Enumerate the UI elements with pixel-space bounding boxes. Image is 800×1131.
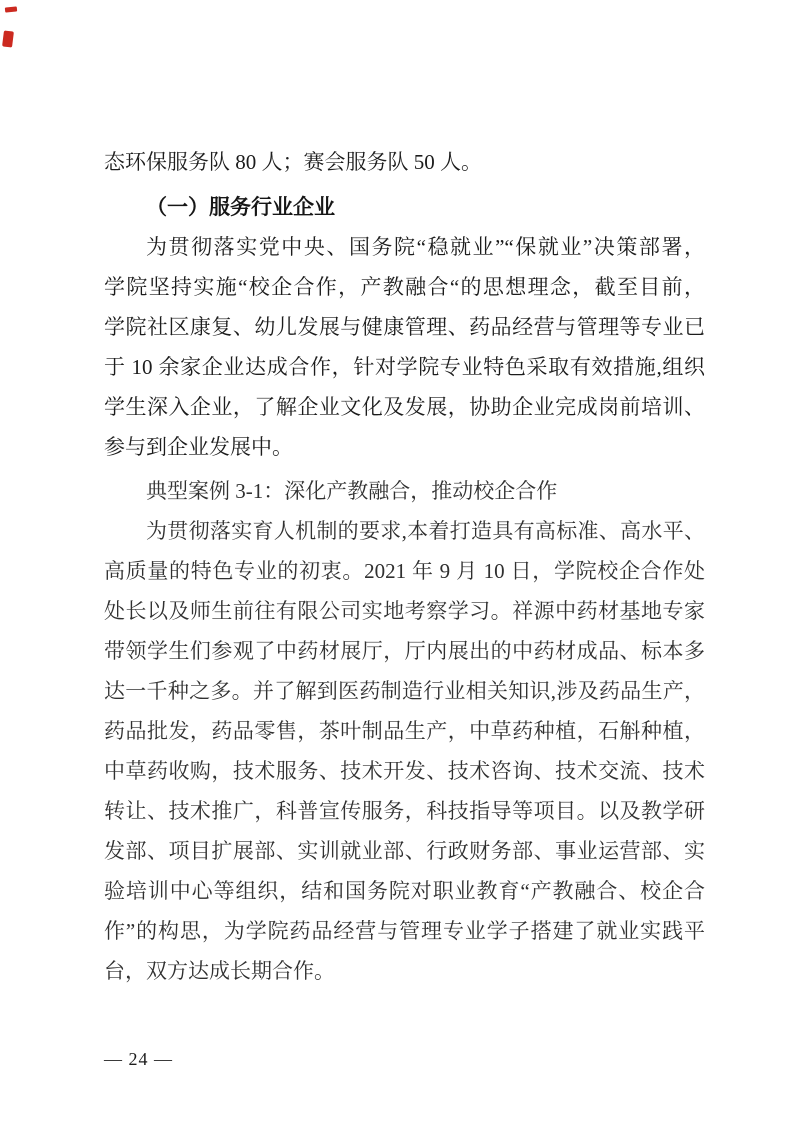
red-annotation-mark-icon xyxy=(5,6,17,12)
document-body: 态环保服务队 80 人；赛会服务队 50 人。（一）服务行业企业为贯彻落实党中央… xyxy=(104,142,705,991)
text-line: 高质量的特色专业的初衷。2021 年 9 月 10 日，学院校企合作处 xyxy=(104,551,705,591)
text-line: 中草药收购，技术服务、技术开发、技术咨询、技术交流、技术 xyxy=(104,751,705,791)
red-annotation-mark-icon xyxy=(2,30,14,47)
text-line: 学院坚持实施“校企合作，产教融合“的思想理念，截至目前， xyxy=(104,267,705,307)
text-line: （一）服务行业企业 xyxy=(104,187,705,227)
text-line: 为贯彻落实党中央、国务院“稳就业”“保就业”决策部署， xyxy=(104,227,705,267)
text-line: 学生深入企业，了解企业文化及发展，协助企业完成岗前培训、 xyxy=(104,387,705,427)
page-number: — 24 — xyxy=(104,1048,173,1070)
paragraph-heading: （一）服务行业企业 xyxy=(104,187,705,227)
text-line: 发部、项目扩展部、实训就业部、行政财务部、事业运营部、实 xyxy=(104,831,705,871)
text-line: 作”的构思，为学院药品经营与管理专业学子搭建了就业实践平 xyxy=(104,911,705,951)
paragraph-body: 为贯彻落实党中央、国务院“稳就业”“保就业”决策部署，学院坚持实施“校企合作，产… xyxy=(104,227,705,467)
text-line: 带领学生们参观了中药材展厅，厅内展出的中药材成品、标本多 xyxy=(104,631,705,671)
paragraph-case-body: 为贯彻落实育人机制的要求,本着打造具有高标准、高水平、高质量的特色专业的初衷。2… xyxy=(104,511,705,991)
text-line: 典型案例 3-1：深化产教融合，推动校企合作 xyxy=(104,471,705,511)
document-page: 态环保服务队 80 人；赛会服务队 50 人。（一）服务行业企业为贯彻落实党中央… xyxy=(0,0,800,1131)
text-line: 处长以及师生前往有限公司实地考察学习。祥源中药材基地专家 xyxy=(104,591,705,631)
paragraph-continuation: 态环保服务队 80 人；赛会服务队 50 人。 xyxy=(104,142,705,182)
text-line: 学院社区康复、幼儿发展与健康管理、药品经营与管理等专业已 xyxy=(104,307,705,347)
text-line: 转让、技术推广，科普宣传服务，科技指导等项目。以及教学研 xyxy=(104,791,705,831)
paragraph-case-heading: 典型案例 3-1：深化产教融合，推动校企合作 xyxy=(104,471,705,511)
text-line: 台，双方达成长期合作。 xyxy=(104,951,705,991)
text-line: 态环保服务队 80 人；赛会服务队 50 人。 xyxy=(104,142,705,182)
text-line: 于 10 余家企业达成合作，针对学院专业特色采取有效措施,组织 xyxy=(104,347,705,387)
text-line: 达一千种之多。并了解到医药制造行业相关知识,涉及药品生产， xyxy=(104,671,705,711)
text-line: 验培训中心等组织，结和国务院对职业教育“产教融合、校企合 xyxy=(104,871,705,911)
text-line: 为贯彻落实育人机制的要求,本着打造具有高标准、高水平、 xyxy=(104,511,705,551)
text-line: 药品批发，药品零售，茶叶制品生产，中草药种植，石斛种植， xyxy=(104,711,705,751)
text-line: 参与到企业发展中。 xyxy=(104,427,705,467)
